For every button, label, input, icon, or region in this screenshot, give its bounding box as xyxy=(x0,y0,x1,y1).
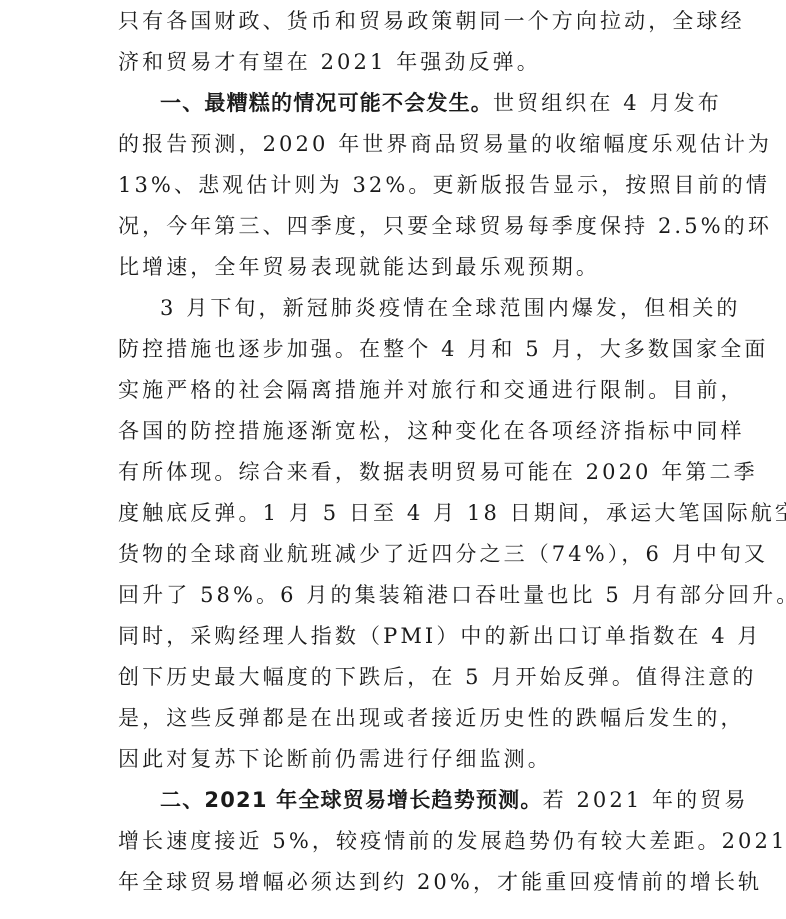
text-line: 防控措施也逐步加强。在整个 4 月和 5 月，大多数国家全面 xyxy=(118,329,670,370)
section-heading: 二、2021 年全球贸易增长趋势预测。 xyxy=(160,788,543,812)
text-line: 增长速度接近 5%，较疫情前的发展趋势仍有较大差距。2021 xyxy=(118,821,670,862)
paragraph-pandemic: 3 月下旬，新冠肺炎疫情在全球范围内爆发，但相关的 防控措施也逐步加强。在整个 … xyxy=(118,288,670,780)
paragraph-intro: 只有各国财政、货币和贸易政策朝同一个方向拉动，全球经 济和贸易才有望在 2021… xyxy=(118,1,670,83)
text-run: 世贸组织在 4 月发布 xyxy=(493,91,722,115)
text-run: 若 2021 年的贸易 xyxy=(543,788,749,812)
text-line: 有所体现。综合来看，数据表明贸易可能在 2020 年第二季 xyxy=(118,452,670,493)
text-line: 一、最糟糕的情况可能不会发生。世贸组织在 4 月发布 xyxy=(118,83,670,124)
text-line: 度触底反弹。1 月 5 日至 4 月 18 日期间，承运大笔国际航空 xyxy=(118,493,670,534)
text-line: 同时，采购经理人指数（PMI）中的新出口订单指数在 4 月 xyxy=(118,616,670,657)
paragraph-section-two: 二、2021 年全球贸易增长趋势预测。若 2021 年的贸易 增长速度接近 5%… xyxy=(118,780,670,903)
text-line: 的报告预测，2020 年世界商品贸易量的收缩幅度乐观估计为 xyxy=(118,124,670,165)
text-line: 只有各国财政、货币和贸易政策朝同一个方向拉动，全球经 xyxy=(118,1,670,42)
paragraph-section-one: 一、最糟糕的情况可能不会发生。世贸组织在 4 月发布 的报告预测，2020 年世… xyxy=(118,83,670,288)
text-line: 创下历史最大幅度的下跌后，在 5 月开始反弹。值得注意的 xyxy=(118,657,670,698)
text-line: 况，今年第三、四季度，只要全球贸易每季度保持 2.5%的环 xyxy=(118,206,670,247)
text-line: 3 月下旬，新冠肺炎疫情在全球范围内爆发，但相关的 xyxy=(118,288,670,329)
text-line: 济和贸易才有望在 2021 年强劲反弹。 xyxy=(118,42,670,83)
document-page: 只有各国财政、货币和贸易政策朝同一个方向拉动，全球经 济和贸易才有望在 2021… xyxy=(118,1,670,903)
text-line: 实施严格的社会隔离措施并对旅行和交通进行限制。目前， xyxy=(118,370,670,411)
text-line: 年全球贸易增幅必须达到约 20%，才能重回疫情前的增长轨 xyxy=(118,862,670,903)
text-line: 因此对复苏下论断前仍需进行仔细监测。 xyxy=(118,739,670,780)
text-line: 二、2021 年全球贸易增长趋势预测。若 2021 年的贸易 xyxy=(118,780,670,821)
text-line: 是，这些反弹都是在出现或者接近历史性的跌幅后发生的， xyxy=(118,698,670,739)
section-heading: 一、最糟糕的情况可能不会发生。 xyxy=(160,91,493,115)
text-line: 回升了 58%。6 月的集装箱港口吞吐量也比 5 月有部分回升。 xyxy=(118,575,670,616)
text-line: 比增速，全年贸易表现就能达到最乐观预期。 xyxy=(118,247,670,288)
text-line: 货物的全球商业航班减少了近四分之三（74%），6 月中旬又 xyxy=(118,534,670,575)
text-line: 各国的防控措施逐渐宽松，这种变化在各项经济指标中同样 xyxy=(118,411,670,452)
text-line: 13%、悲观估计则为 32%。更新版报告显示，按照目前的情 xyxy=(118,165,670,206)
